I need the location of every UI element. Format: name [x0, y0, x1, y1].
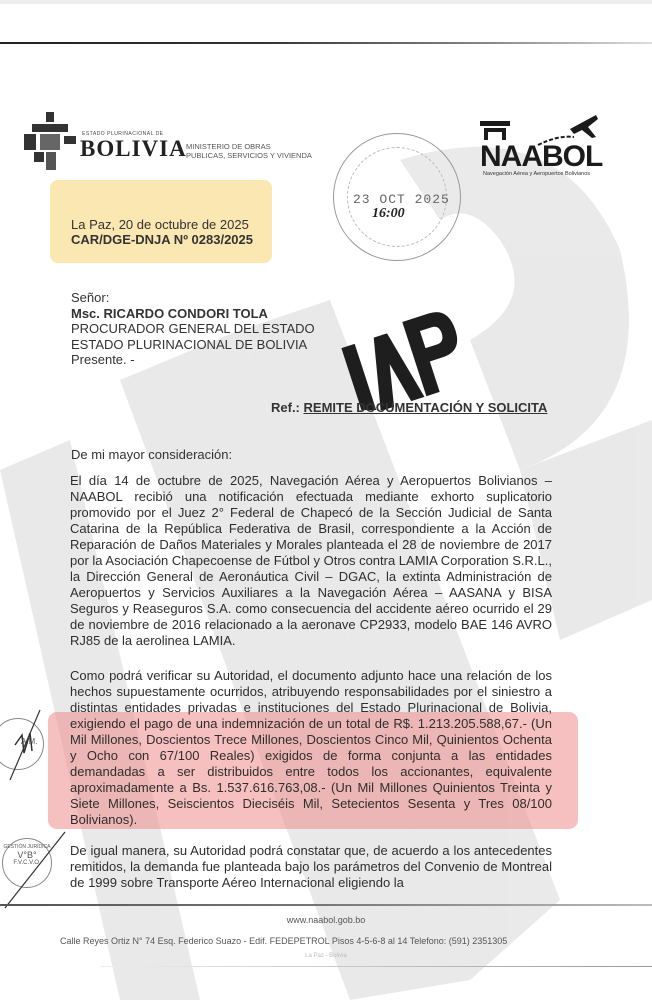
top-edge — [0, 0, 652, 4]
footer-address: Calle Reyes Ortiz N° 74 Esq. Federico Su… — [60, 936, 507, 946]
ministry-line-1: MINISTERIO DE OBRAS — [186, 142, 312, 151]
stamp-date: 23 OCT 2025 — [353, 192, 450, 207]
reference-label: Ref.: — [271, 400, 300, 415]
paragraph-3: De igual manera, su Autoridad podrá cons… — [70, 843, 552, 891]
presente: Presente. - — [71, 352, 315, 368]
footer-website: www.naabol.gob.bo — [0, 915, 652, 925]
naabol-subtitle: Navegación Aérea y Aeropuertos Boliviano… — [483, 171, 590, 177]
bolivia-emblem-icon — [20, 112, 80, 170]
stamp-time: 16:00 — [372, 206, 405, 222]
reference-subject: REMITE DOCUMENTACIÓN Y SOLICITA — [304, 400, 548, 415]
scan-line-footer — [100, 966, 652, 967]
iap-watermark-stamp — [330, 310, 475, 410]
paragraph-2: Como podrá verificar su Autoridad, el do… — [70, 668, 552, 828]
recipient-institution: ESTADO PLURINACIONAL DE BOLIVIA — [71, 337, 315, 353]
recipient-name: Msc. RICARDO CONDORI TOLA — [71, 306, 315, 322]
recipient-block: Señor: Msc. RICARDO CONDORI TOLA PROCURA… — [71, 290, 315, 368]
greeting: De mi mayor consideración: — [71, 447, 232, 462]
salutation: Señor: — [71, 290, 315, 306]
ministry-line-2: PUBLICAS, SERVICIOS Y VIVIENDA — [186, 151, 312, 160]
letter-reference-code: CAR/DGE-DNJA Nº 0283/2025 — [71, 232, 253, 247]
letter-date: La Paz, 20 de octubre de 2025 — [71, 217, 249, 232]
ministry-label: MINISTERIO DE OBRAS PUBLICAS, SERVICIOS … — [186, 142, 312, 160]
naabol-wordmark: NAABOL — [480, 140, 602, 174]
reference-line: Ref.: REMITE DOCUMENTACIÓN Y SOLICITA — [271, 400, 547, 415]
bolivia-wordmark: BOLIVIA — [80, 136, 187, 162]
footer-city: La Paz - Bolivia — [0, 953, 652, 959]
scan-line-bottom — [0, 904, 652, 906]
scan-line-top — [0, 42, 652, 44]
paragraph-1: El día 14 de octubre de 2025, Navegación… — [70, 473, 552, 649]
signature-stroke-1 — [0, 705, 60, 785]
signature-stroke-2 — [0, 830, 70, 910]
recipient-title: PROCURADOR GENERAL DEL ESTADO — [71, 321, 315, 337]
